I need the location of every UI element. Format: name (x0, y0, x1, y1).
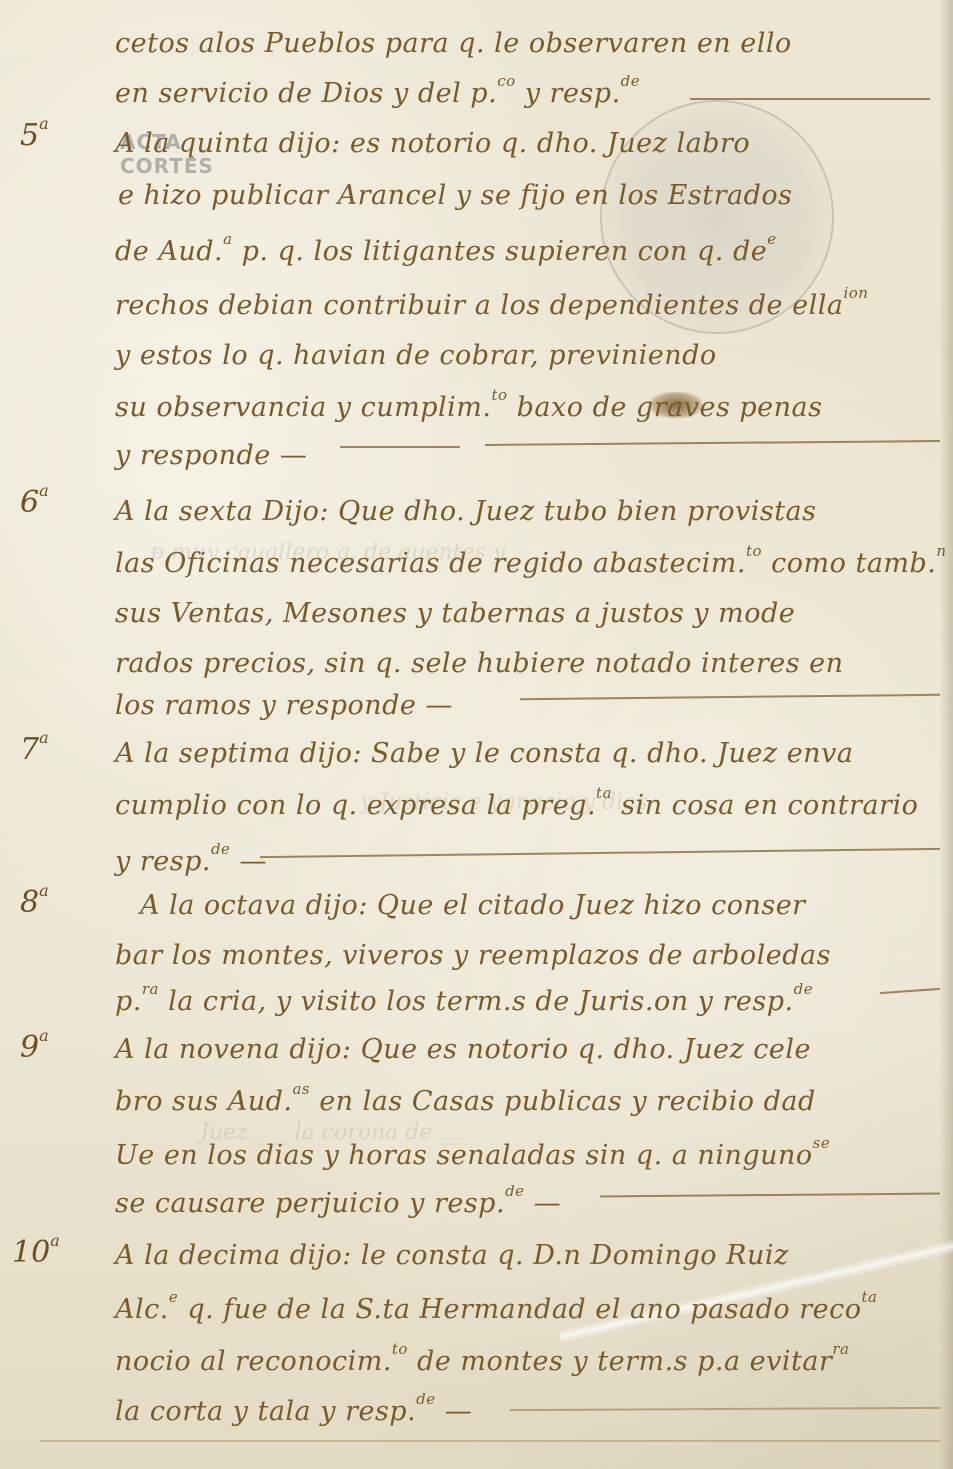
manuscript-line: y responde — (115, 440, 307, 471)
manuscript-line: A la decima dijo: le consta q. D.n Domin… (115, 1240, 789, 1271)
manuscript-line: Ue en los dias y horas senaladas sin q. … (115, 1140, 830, 1171)
line-filler-rule (260, 848, 940, 858)
manuscript-line: las Oficinas necesarias de regido abaste… (115, 548, 947, 579)
manuscript-line: se causare perjuicio y resp.de — (115, 1188, 561, 1219)
manuscript-line: Alc.e q. fue de la S.ta Hermandad el ano… (115, 1294, 878, 1325)
manuscript-line: su observancia y cumplim.to baxo de grav… (115, 392, 822, 423)
manuscript-line: sus Ventas, Mesones y tabernas a justos … (115, 598, 795, 629)
manuscript-line: e hizo publicar Arancel y se fijo en los… (118, 180, 792, 211)
margin-number-5: 5a (20, 118, 49, 153)
line-filler-rule (880, 988, 940, 994)
manuscript-line: bro sus Aud.as en las Casas publicas y r… (115, 1086, 816, 1117)
manuscript-line: bar los montes, viveros y reemplazos de … (115, 940, 831, 971)
margin-number-6: 6a (20, 485, 49, 520)
line-filler-rule (600, 1193, 940, 1198)
manuscript-line: cumplio con lo q. expresa la preg.ta sin… (115, 790, 918, 821)
margin-number-9: 9a (20, 1030, 49, 1065)
manuscript-line: A la novena dijo: Que es notorio q. dho.… (115, 1034, 811, 1065)
manuscript-line: la corta y tala y resp.de — (115, 1396, 472, 1427)
margin-number-8: 8a (20, 885, 49, 920)
manuscript-line: A la sexta Dijo: Que dho. Juez tubo bien… (115, 496, 817, 527)
page-bottom-rule (40, 1440, 940, 1442)
manuscript-line: los ramos y responde — (115, 690, 453, 721)
manuscript-line: nocio al reconocim.to de montes y term.s… (115, 1346, 850, 1377)
line-filler-rule (690, 98, 930, 100)
manuscript-line: rechos debian contribuir a los dependien… (115, 290, 868, 321)
manuscript-line: y estos lo q. havian de cobrar, previnie… (115, 340, 717, 371)
manuscript-line: y resp.de — (115, 846, 267, 877)
manuscript-line: p.ra la cria, y visito los term.s de Jur… (115, 986, 813, 1017)
manuscript-line: rados precios, sin q. sele hubiere notad… (115, 648, 844, 679)
manuscript-line: cetos alos Pueblos para q. le observaren… (115, 28, 792, 59)
line-filler-rule (485, 440, 940, 446)
manuscript-line: de Aud.a p. q. los litigantes supieren c… (115, 236, 777, 267)
manuscript-line: A la septima dijo: Sabe y le consta q. d… (115, 738, 853, 769)
line-filler-rule (520, 694, 940, 700)
margin-number-7: 7a (20, 732, 49, 767)
line-filler-rule (340, 446, 460, 448)
margin-number-10: 10a (12, 1235, 60, 1270)
manuscript-line: en servicio de Dios y del p.co y resp.de (115, 78, 640, 109)
manuscript-line: A la octava dijo: Que el citado Juez hiz… (140, 890, 806, 921)
line-filler-rule (510, 1407, 940, 1411)
manuscript-page: ᵽ muy cauallero q. de auentes y ___ y Ju… (0, 0, 953, 1469)
manuscript-line: A la quinta dijo: es notorio q. dho. Jue… (115, 128, 750, 159)
